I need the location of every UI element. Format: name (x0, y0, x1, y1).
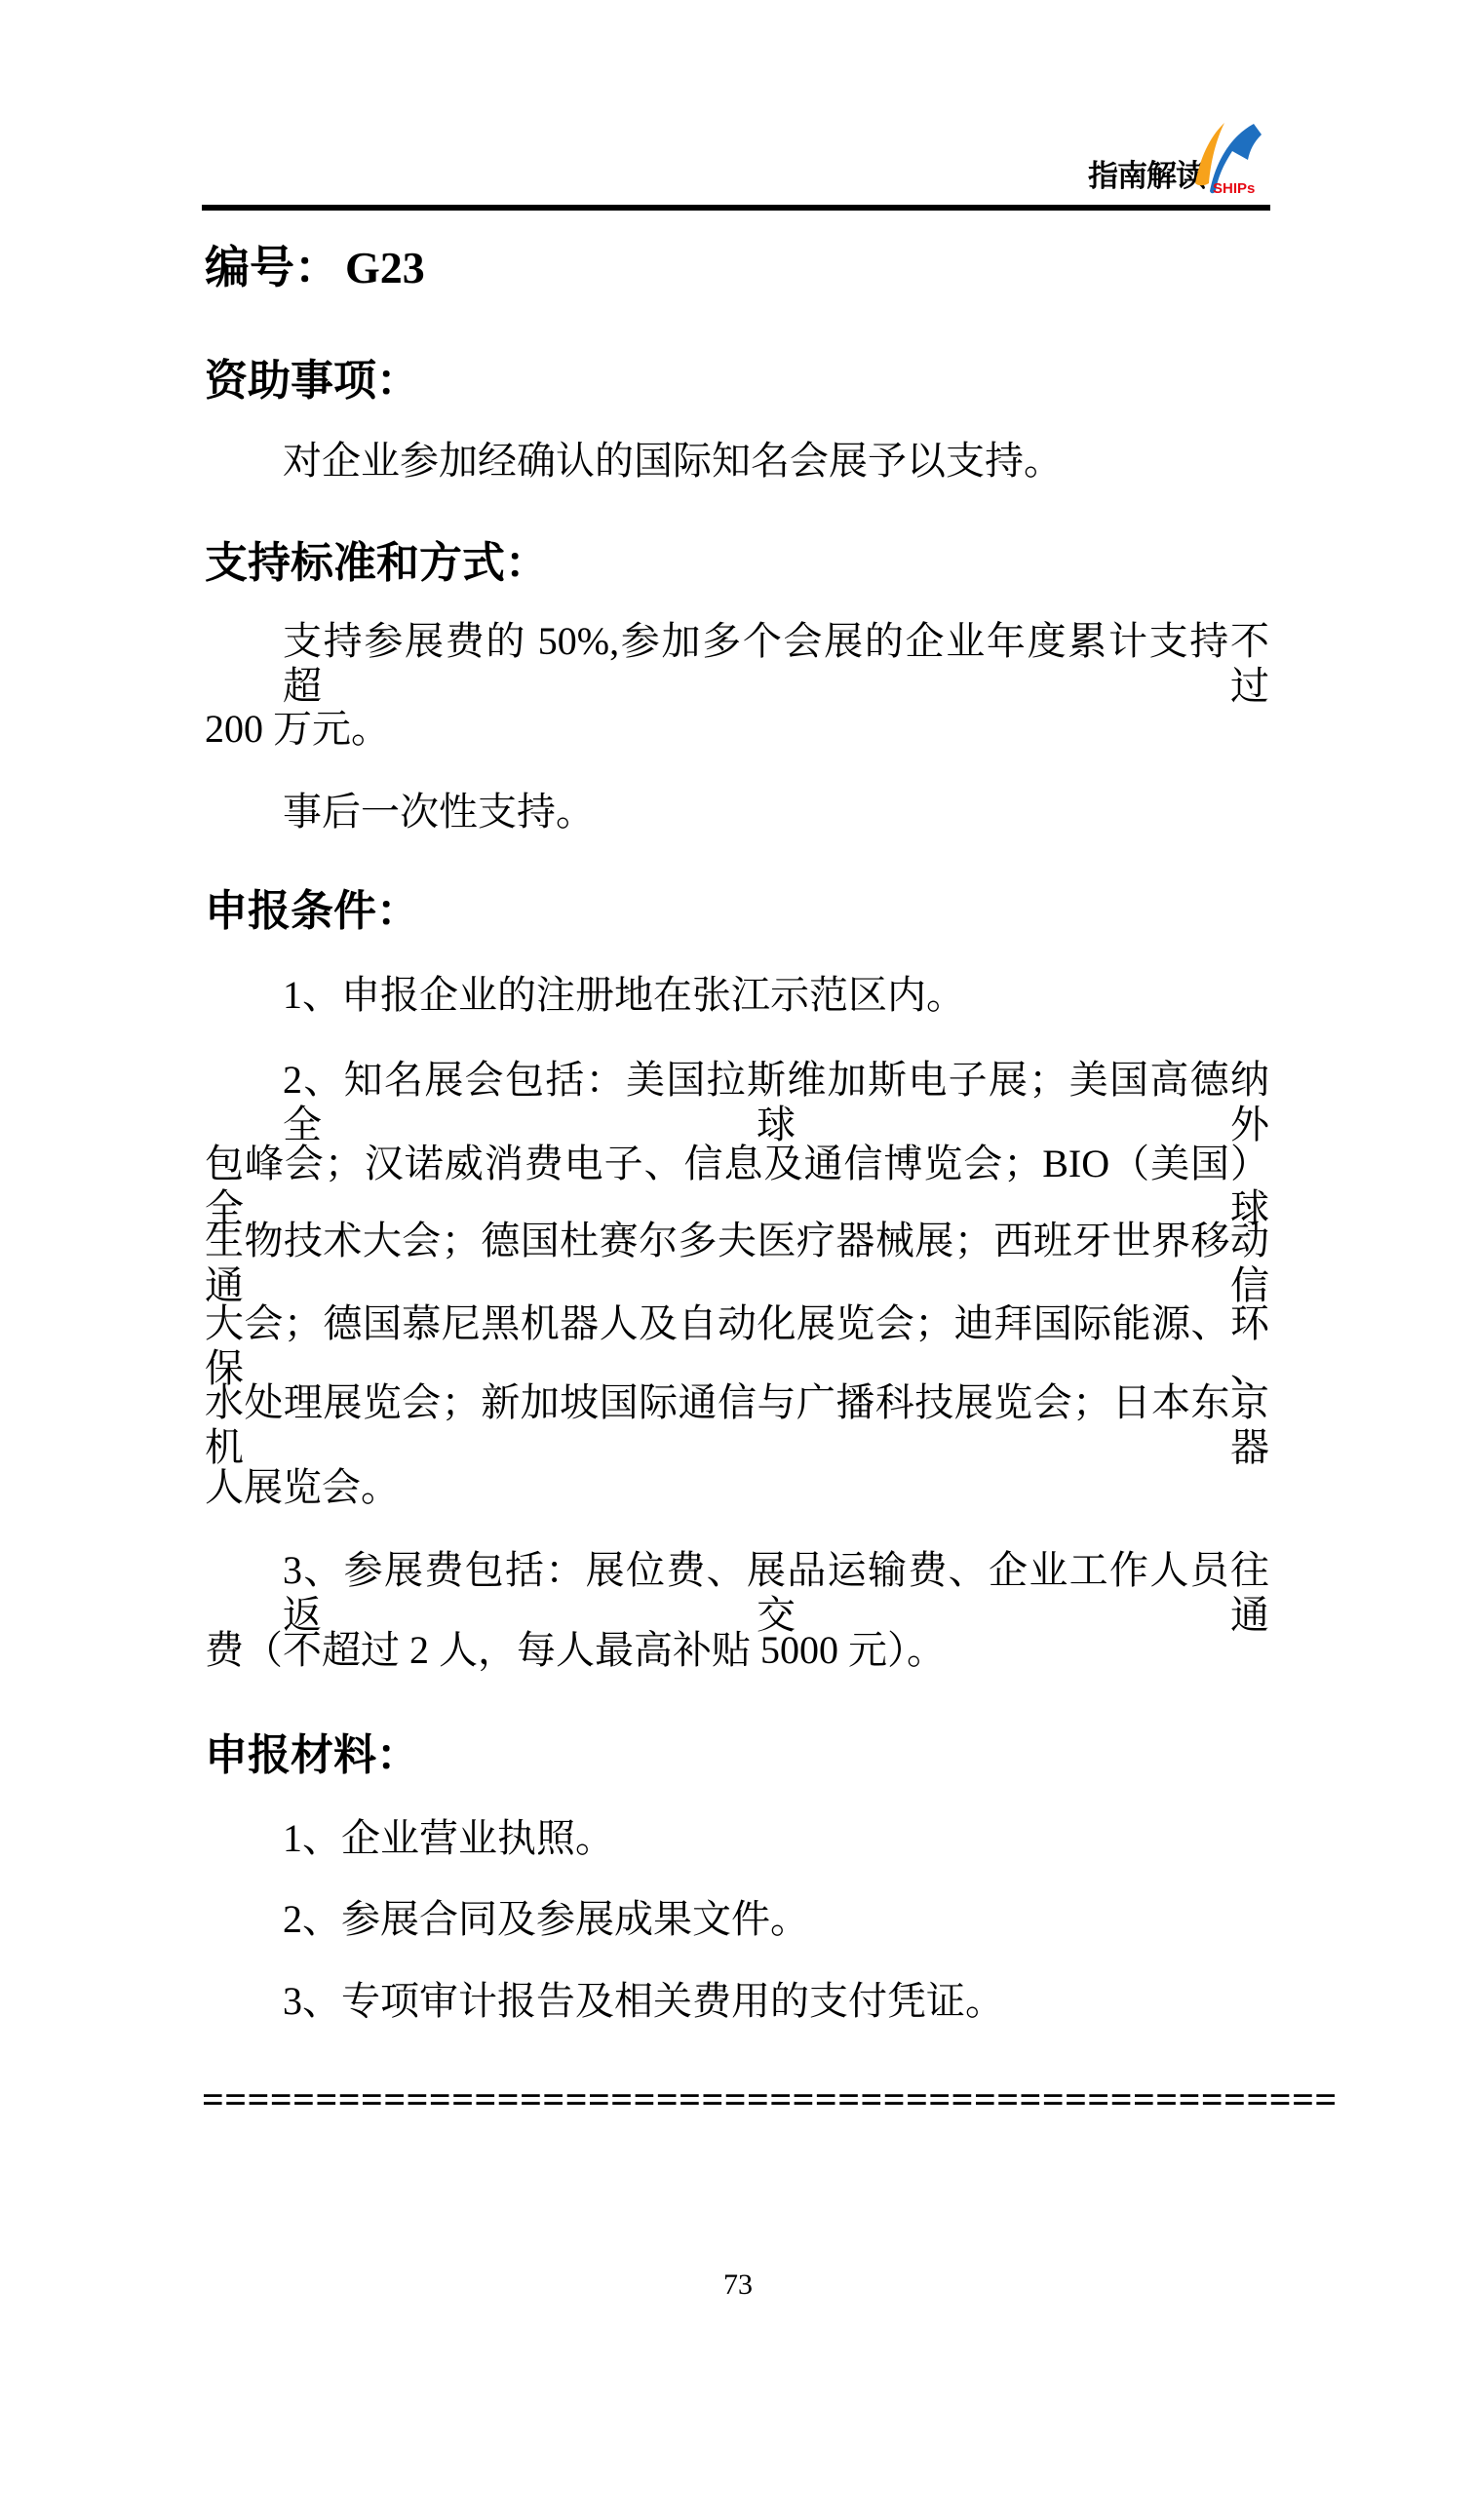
body-line: 3、参展费包括：展位费、展品运输费、企业工作人员往返交通 (283, 1548, 1269, 1638)
body-line: 人展览会。 (205, 1465, 400, 1510)
body-line: 事后一次性支持。 (283, 790, 595, 834)
document-page: 指南解读 SHIPs 编号：G23 资助事项： 对企业参加经确认的国际知名会展予… (0, 0, 1476, 2520)
body-line: 对企业参加经确认的国际知名会展予以支持。 (283, 439, 1063, 484)
doc-number: 编号：G23 (205, 244, 425, 291)
section-heading-funding-item: 资助事项： (205, 359, 419, 404)
body-line: 3、专项审计报告及相关费用的支付凭证。 (283, 1979, 1004, 2024)
body-line: 水处理展览会；新加坡国际通信与广播科技展览会；日本东京机器 (205, 1380, 1269, 1470)
section-heading-application-materials: 申报材料： (205, 1733, 419, 1778)
body-line: 200 万元。 (205, 707, 390, 752)
body-line: 1、企业营业执照。 (283, 1816, 614, 1861)
page-number: 73 (0, 2269, 1476, 2301)
header-rule (202, 205, 1270, 211)
doc-number-value: G23 (345, 243, 425, 292)
section-heading-support-standard: 支持标准和方式： (205, 541, 548, 586)
doc-number-label: 编号： (205, 242, 339, 292)
separator-line: ========================================… (202, 2080, 1338, 2119)
brand-text: 指南解读 (1088, 161, 1205, 191)
body-line: 费（不超过 2 人，每人最高补贴 5000 元）。 (205, 1628, 946, 1673)
brand-subtext: SHIPs (1213, 181, 1255, 196)
section-heading-application-conditions: 申报条件： (205, 889, 419, 934)
body-line: 2、参展合同及参展成果文件。 (283, 1897, 809, 1942)
body-line: 支持参展费的 50%,参加多个会展的企业年度累计支持不超过 (283, 619, 1269, 709)
body-line: 大会；德国慕尼黑机器人及自动化展览会；迪拜国际能源、环保、 (205, 1301, 1269, 1391)
body-line: 2、知名展会包括：美国拉斯维加斯电子展；美国高德纳全球外 (283, 1058, 1269, 1147)
body-line: 1、申报企业的注册地在张江示范区内。 (283, 973, 965, 1018)
body-line: 生物技术大会；德国杜赛尔多夫医疗器械展；西班牙世界移动通信 (205, 1219, 1269, 1308)
logo-orange-swoosh-icon (1195, 123, 1224, 185)
